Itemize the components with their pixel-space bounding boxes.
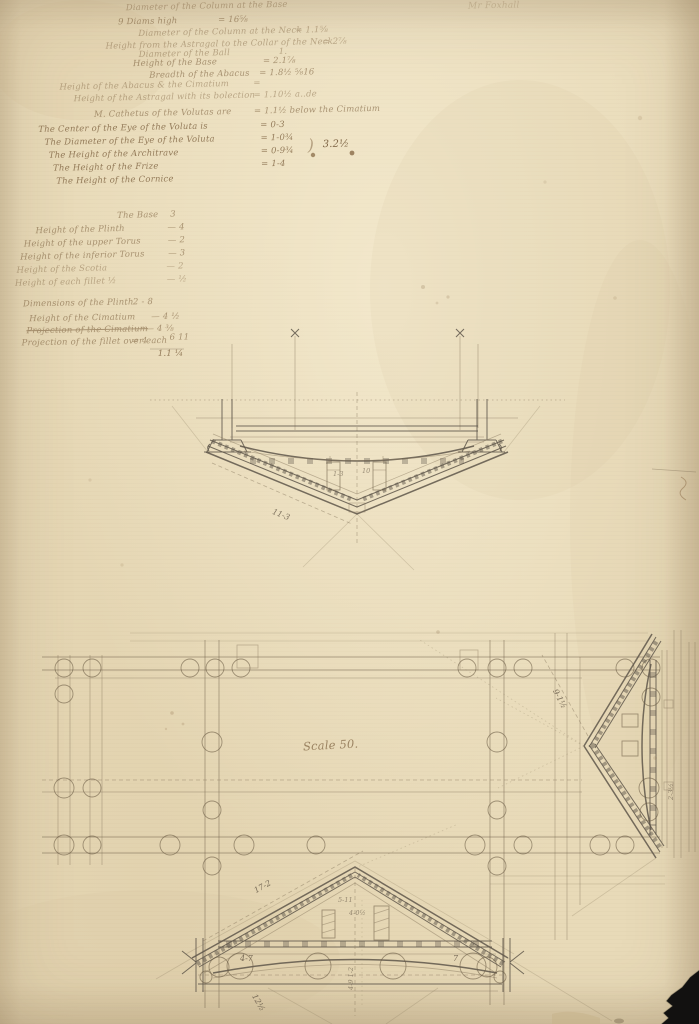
dimension-label: 4-7 <box>240 955 253 963</box>
dimension-label: 5-11 <box>338 897 353 904</box>
dimension-label: 4-9 1-2 <box>348 967 355 990</box>
dimension-label: 10 <box>362 468 370 475</box>
note-total: 1.1 ¼ <box>158 350 184 359</box>
note-extra: 6 11 <box>169 333 189 342</box>
note-value: — 4 ½ <box>151 313 180 322</box>
note-line: Dimensions of the Plinth2 - 8 <box>23 298 134 308</box>
edge-nick <box>614 1019 624 1024</box>
note-line: Projection of the fillet over each= 4 <box>22 337 168 348</box>
note-value: 2 - 8 <box>133 298 153 307</box>
dimension-label: 1-3 <box>333 471 343 478</box>
dimension-label: 7 <box>453 955 458 963</box>
dimension-label: 2-3½ <box>668 783 675 800</box>
scale-label: Scale 50. <box>303 739 359 753</box>
notes-plinth-block: Dimensions of the Plinth2 - 8 Height of … <box>0 0 699 1024</box>
note-value: = 4 <box>132 337 148 346</box>
note-line: Projection of the Cimatium— 4 ⅜ <box>26 325 148 336</box>
paper: Mr Foxhall Diameter of the Column at the… <box>0 0 699 1024</box>
note-line: Height of the Cimatium— 4 ½ <box>29 313 135 323</box>
dimension-label: 4-0½ <box>349 910 366 917</box>
